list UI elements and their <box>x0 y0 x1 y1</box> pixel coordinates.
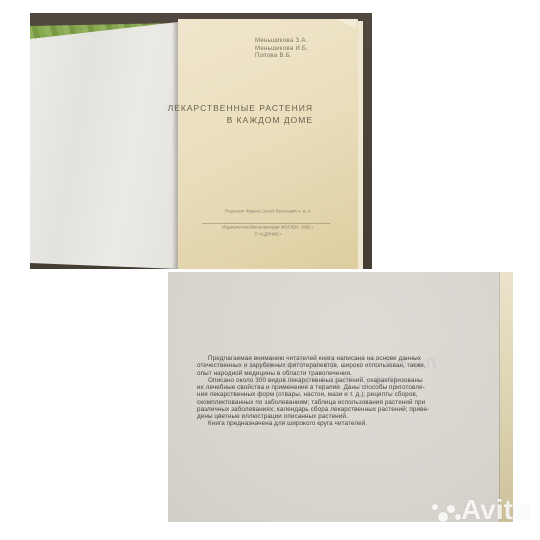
avito-watermark: Avito <box>424 500 534 532</box>
annotation-line: Книга предназначена для широкого круга ч… <box>197 420 453 427</box>
reviewer-line: Рецензент Фураев Сергей Евгеньевич к. м.… <box>207 210 329 214</box>
title-page: Меньшикова З.А. Меньшикова И.Б. Попова В… <box>178 19 358 269</box>
blank-left-page <box>30 13 178 269</box>
author-line: Меньшикова З.А. <box>255 38 308 46</box>
annotation-line: скомплектованных по заболеваниям; таблиц… <box>197 399 453 406</box>
page-corner-fold <box>336 19 356 28</box>
book-title-line1: ЛЕКАРСТВЕННЫЕ РАСТЕНИЯ <box>168 103 313 115</box>
authors-block: Меньшикова З.А. Меньшикова И.Б. Попова В… <box>255 38 308 61</box>
annotation-line: отечественных и зарубежных фитотерапевто… <box>197 362 453 369</box>
annotation-page-photo: ЛЕКАРСТВЕННЫЕ РАСТЕНИЯ Предлагаемая вним… <box>168 272 513 522</box>
publisher-line: Издательство Внешторгиздат МОСКВА, 1991 … <box>205 226 331 230</box>
book-title-line2: В КАЖДОМ ДОМЕ <box>168 115 313 127</box>
annotation-paragraph: Предлагаемая вниманию читателей книга на… <box>197 355 453 428</box>
copyright-line: © «АДОНИС» <box>205 233 331 237</box>
avito-wordmark: Avito <box>461 496 530 524</box>
book-title: ЛЕКАРСТВЕННЫЕ РАСТЕНИЯ В КАЖДОМ ДОМЕ <box>168 103 313 126</box>
author-line: Меньшикова И.Б. <box>255 46 308 54</box>
publisher-divider <box>202 223 330 224</box>
book-title-spread-photo: Меньшикова З.А. Меньшикова И.Б. Попова В… <box>30 13 372 269</box>
page-block-edge <box>500 272 513 522</box>
avito-logo-icon <box>424 500 462 524</box>
annotation-line: Описано около 300 видов лекарственных ра… <box>197 377 453 384</box>
annotation-line: ния лекарственных форм (отвары, настои, … <box>197 391 453 398</box>
author-line: Попова В.Б. <box>255 53 308 61</box>
annotation-line: различных заболеваниях; календарь сбора … <box>197 406 453 413</box>
annotation-line: опыт народной медицины в области траволе… <box>197 370 453 377</box>
underlying-page-edge <box>358 21 363 269</box>
